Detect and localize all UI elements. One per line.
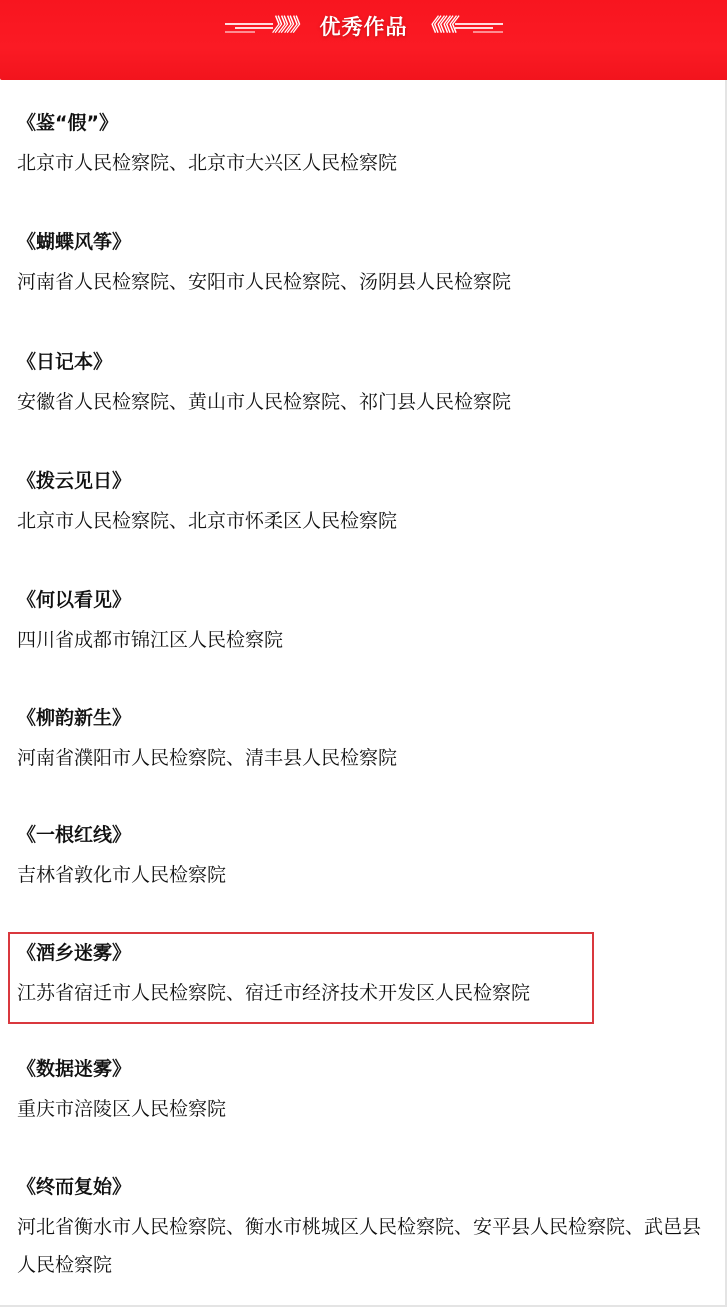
work-title: 《何以看见》 [17,583,131,617]
right-wheat-decoration: 《《《《 [422,17,503,35]
work-title: 《鉴“假”》 [17,106,118,140]
work-organization: 北京市人民检察院、北京市大兴区人民检察院 [17,144,717,182]
work-organization: 河北省衡水市人民检察院、衡水市桃城区人民检察院、安平县人民检察院、武邑县人民检察… [17,1208,717,1284]
work-title: 《数据迷雾》 [17,1052,131,1086]
left-wheat-decoration: 》》》》 [225,17,306,35]
work-organization: 河南省人民检察院、安阳市人民检察院、汤阴县人民检察院 [17,263,717,301]
work-title: 《柳韵新生》 [17,701,131,735]
work-organization: 河南省濮阳市人民检察院、清丰县人民检察院 [17,739,717,777]
header-title-group: 》》》》 优秀作品 《《《《 [0,8,727,44]
highlight-box [8,932,594,1024]
work-organization: 安徽省人民检察院、黄山市人民检察院、祁门县人民检察院 [17,383,717,421]
speed-lines-icon [455,19,503,33]
speed-lines-icon [225,19,273,33]
work-organization: 北京市人民检察院、北京市怀柔区人民检察院 [17,502,717,540]
work-organization: 四川省成都市锦江区人民检察院 [17,621,717,659]
work-title: 《蝴蝶风筝》 [17,225,131,259]
section-title: 优秀作品 [314,11,414,41]
wheat-icon: 《《《《 [420,17,456,35]
work-organization: 重庆市涪陵区人民检察院 [17,1090,717,1128]
work-title: 《拨云见日》 [17,464,131,498]
work-organization: 吉林省敦化市人民检察院 [17,856,717,894]
section-header-banner: 》》》》 优秀作品 《《《《 [0,0,727,80]
work-title: 《日记本》 [17,345,112,379]
work-title: 《终而复始》 [17,1170,131,1204]
work-title: 《一根红线》 [17,818,131,852]
wheat-icon: 》》》》 [271,17,307,35]
